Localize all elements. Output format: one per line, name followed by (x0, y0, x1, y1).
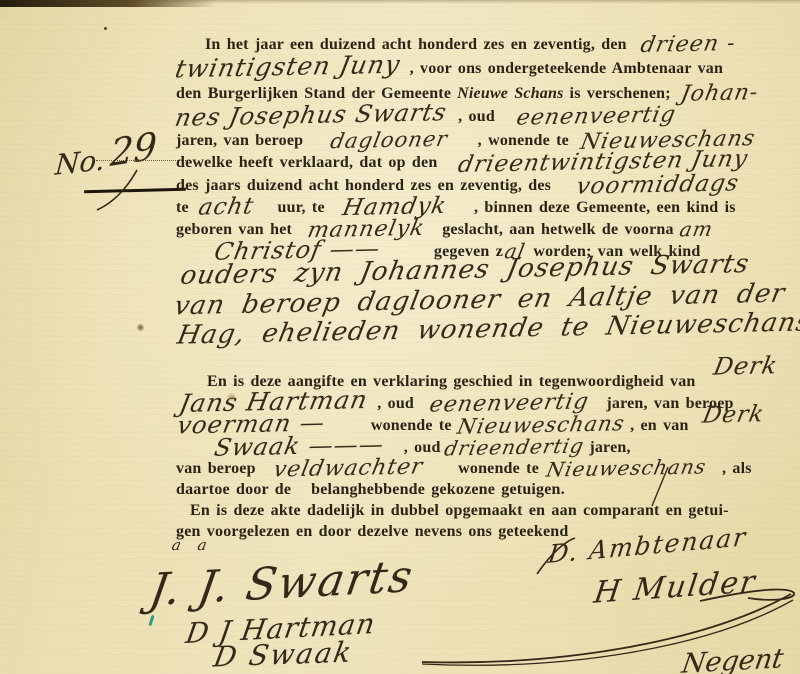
printed-text: wonende te (458, 460, 539, 477)
printed-text: , als (722, 460, 752, 477)
printed-text: , binnen deze Gemeente, een kind is (474, 199, 736, 216)
printed-text: des jaars duizend acht honderd zes en ze… (176, 177, 551, 194)
ink-spot (104, 27, 107, 30)
printed-text: jaren, (589, 439, 630, 456)
printed-text: belanghebbende gekozene getuigen. (311, 481, 565, 498)
printed-text: geslacht, aan hetwelk de voorna (442, 221, 674, 238)
document-line-4: nes Josephus Swarts, oudeenenveertig (176, 103, 675, 129)
printed-text: is verschenen; (570, 85, 671, 102)
pen-marks: a a (170, 536, 214, 554)
next-entry-fragment: Negent (680, 643, 786, 674)
printed-italic-text: Nieuwe Schans (457, 85, 563, 102)
signature-registrar: H Mulder (592, 564, 759, 611)
green-fiber-mark (148, 615, 154, 626)
printed-text: En is deze akte dadelijk in dubbel opgem… (190, 502, 729, 519)
printed-text: In het jaar een duizend acht honderd zes… (205, 36, 627, 53)
signature-witness-2: D Swaak (211, 635, 356, 673)
handwritten-text: Nieuweschans (544, 454, 708, 481)
handwritten-text: Derk (711, 353, 779, 378)
printed-text: , oud (377, 395, 414, 412)
ink-spot (137, 324, 144, 331)
printed-text: geboren van het (176, 221, 292, 238)
document-line-21: gen voorgelezen en door dezelve nevens o… (176, 520, 569, 544)
handwritten-text: nes Josephus Swarts (173, 100, 449, 130)
document-line-2: twintigsten Juny, voor ons ondergeteeken… (176, 55, 723, 81)
scan-edge-dark-strip (0, 0, 218, 7)
scanned-birth-certificate: No. 29 In het jaar een duizend acht hond… (0, 0, 800, 674)
register-number-label: No. (54, 143, 106, 182)
register-underline (84, 188, 186, 194)
printed-text: daartoe door de (176, 481, 291, 498)
handwritten-text: Johan- (678, 81, 760, 107)
printed-text: van beroep (176, 460, 256, 477)
printed-text: uur, te (278, 199, 325, 216)
printed-text: te (176, 199, 189, 216)
ink-smudge (227, 393, 236, 401)
printed-text: dewelke heeft verklaard, dat op den (176, 154, 437, 171)
handwritten-text: twintigsten Juny (173, 53, 402, 82)
printed-text: , wonende te (478, 132, 569, 149)
printed-text: gen voorgelezen en door dezelve nevens o… (176, 523, 569, 540)
handwritten-text: eenenveertig (514, 103, 678, 130)
handwritten-text: Derk (700, 402, 766, 427)
register-number-value: 29 (109, 124, 158, 175)
document-line-11: ouders zyn Johannes Josephus Swarts (182, 258, 748, 284)
document-line-13: Hag, ehelieden wonende te Nieuweschans (179, 317, 800, 343)
printed-text: , oud (404, 439, 441, 456)
printed-text: , en van (630, 417, 689, 434)
printed-text: jaren, van beroep (176, 132, 303, 149)
handwritten-text: acht (196, 194, 255, 219)
signature-official-closing: D. Ambtenaar (547, 522, 749, 569)
printed-text: , oud (458, 108, 495, 125)
printed-text: , voor ons ondergeteekende Ambtenaar van (410, 60, 723, 77)
